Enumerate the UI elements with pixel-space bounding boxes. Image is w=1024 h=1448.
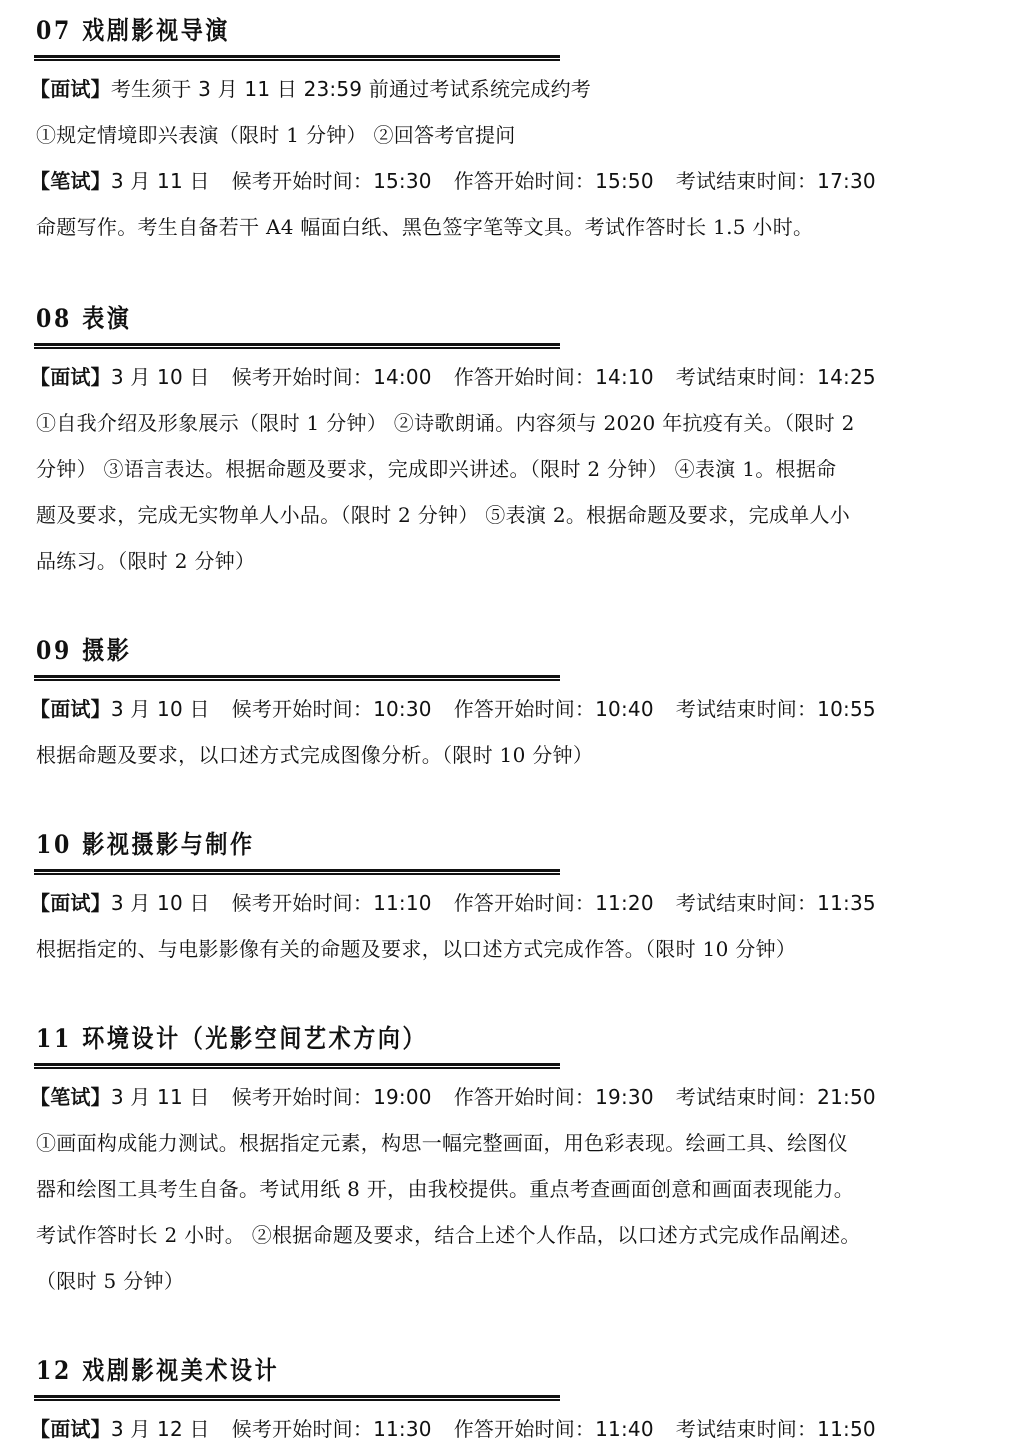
section-12: 12 戏剧影视美术设计 【面试】3 月 12 日候考开始时间：11:30作答开始… xyxy=(36,1354,876,1448)
exam-type-label: 【面试】 xyxy=(30,891,111,915)
end-time: 14:25 xyxy=(817,365,876,389)
exam-content-line: 根据命题及要求，以口述方式完成图像分析。（限时 10 分钟） xyxy=(36,732,876,778)
exam-type-label: 【面试】 xyxy=(30,77,111,101)
wait-time-label: 候考开始时间： xyxy=(232,891,373,915)
heading-double-rule xyxy=(34,1395,560,1401)
section-heading: 12 戏剧影视美术设计 xyxy=(36,1354,775,1388)
wait-time: 14:00 xyxy=(373,365,432,389)
wait-time: 10:30 xyxy=(373,697,432,721)
start-time-label: 作答开始时间： xyxy=(454,1085,595,1109)
heading-double-rule xyxy=(34,343,560,349)
exam-content-line: 分钟） ③语言表达。根据命题及要求，完成即兴讲述。（限时 2 分钟） ④表演 1… xyxy=(36,446,876,492)
schedule-line: 【笔试】3 月 11 日候考开始时间：19:00作答开始时间：19:30考试结束… xyxy=(36,1074,876,1120)
wait-time-label: 候考开始时间： xyxy=(232,697,373,721)
wait-time-label: 候考开始时间： xyxy=(232,169,373,193)
exam-content-line: 命题写作。考生自备若干 A4 幅面白纸、黑色签字笔等文具。考试作答时长 1.5 … xyxy=(36,204,876,250)
end-time-label: 考试结束时间： xyxy=(676,1417,817,1441)
start-time-label: 作答开始时间： xyxy=(454,891,595,915)
schedule-line: 【面试】3 月 10 日候考开始时间：14:00作答开始时间：14:10考试结束… xyxy=(36,354,876,400)
heading-double-rule xyxy=(34,55,560,61)
section-08: 08 表演 【面试】3 月 10 日候考开始时间：14:00作答开始时间：14:… xyxy=(36,302,876,584)
end-time: 17:30 xyxy=(817,169,876,193)
heading-double-rule xyxy=(34,869,560,875)
start-time: 11:20 xyxy=(595,891,654,915)
exam-content-line: ①画面构成能力测试。根据指定元素，构思一幅完整画面，用色彩表现。绘画工具、绘图仪 xyxy=(36,1120,876,1166)
start-time: 10:40 xyxy=(595,697,654,721)
section-10: 10 影视摄影与制作 【面试】3 月 10 日候考开始时间：11:10作答开始时… xyxy=(36,828,876,972)
exam-date: 3 月 10 日 xyxy=(111,365,210,389)
end-time-label: 考试结束时间： xyxy=(676,365,817,389)
section-heading: 10 影视摄影与制作 xyxy=(36,828,775,862)
wait-time: 19:00 xyxy=(373,1085,432,1109)
exam-content-line: ①自我介绍及形象展示（限时 1 分钟） ②诗歌朗诵。内容须与 2020 年抗疫有… xyxy=(36,400,876,446)
exam-content-line: 品练习。（限时 2 分钟） xyxy=(36,538,876,584)
wait-time-label: 候考开始时间： xyxy=(232,1417,373,1441)
wait-time: 11:30 xyxy=(373,1417,432,1441)
exam-type-label: 【面试】 xyxy=(30,697,111,721)
end-time: 10:55 xyxy=(817,697,876,721)
start-time: 15:50 xyxy=(595,169,654,193)
exam-content-line: 器和绘图工具考生自备。考试用纸 8 开，由我校提供。重点考查画面创意和画面表现能… xyxy=(36,1166,876,1212)
exam-type-label: 【面试】 xyxy=(30,365,111,389)
start-time-label: 作答开始时间： xyxy=(454,365,595,389)
section-heading: 11 环境设计（光影空间艺术方向） xyxy=(36,1022,775,1056)
heading-double-rule xyxy=(34,1063,560,1069)
section-07: 07 戏剧影视导演 【面试】考生须于 3 月 11 日 23:59 前通过考试系… xyxy=(36,14,876,250)
schedule-line: 【面试】3 月 10 日候考开始时间：10:30作答开始时间：10:40考试结束… xyxy=(36,686,876,732)
exam-content-line: （限时 5 分钟） xyxy=(36,1258,876,1304)
notice-text: 考生须于 3 月 11 日 23:59 前通过考试系统完成约考 xyxy=(111,77,591,101)
wait-time-label: 候考开始时间： xyxy=(232,1085,373,1109)
start-time: 14:10 xyxy=(595,365,654,389)
wait-time: 11:10 xyxy=(373,891,432,915)
exam-date: 3 月 11 日 xyxy=(111,169,210,193)
end-time-label: 考试结束时间： xyxy=(676,1085,817,1109)
end-time: 21:50 xyxy=(817,1085,876,1109)
heading-double-rule xyxy=(34,675,560,681)
end-time-label: 考试结束时间： xyxy=(676,697,817,721)
exam-type-label: 【面试】 xyxy=(30,1417,111,1441)
end-time-label: 考试结束时间： xyxy=(676,169,817,193)
notice-line: 【面试】考生须于 3 月 11 日 23:59 前通过考试系统完成约考 xyxy=(36,66,876,112)
start-time: 19:30 xyxy=(595,1085,654,1109)
start-time-label: 作答开始时间： xyxy=(454,697,595,721)
start-time: 11:40 xyxy=(595,1417,654,1441)
section-heading: 08 表演 xyxy=(36,302,775,336)
end-time: 11:35 xyxy=(817,891,876,915)
section-11: 11 环境设计（光影空间艺术方向） 【笔试】3 月 11 日候考开始时间：19:… xyxy=(36,1022,876,1304)
exam-type-label: 【笔试】 xyxy=(30,169,111,193)
end-time: 11:50 xyxy=(817,1417,876,1441)
exam-type-label: 【笔试】 xyxy=(30,1085,111,1109)
section-09: 09 摄影 【面试】3 月 10 日候考开始时间：10:30作答开始时间：10:… xyxy=(36,634,876,778)
exam-content-line: 根据指定的、与电影影像有关的命题及要求，以口述方式完成作答。（限时 10 分钟） xyxy=(36,926,876,972)
schedule-line: 【笔试】3 月 11 日候考开始时间：15:30作答开始时间：15:50考试结束… xyxy=(36,158,876,204)
exam-date: 3 月 10 日 xyxy=(111,891,210,915)
exam-content-line: 考试作答时长 2 小时。 ②根据命题及要求，结合上述个人作品，以口述方式完成作品… xyxy=(36,1212,876,1258)
exam-content-line: 题及要求，完成无实物单人小品。（限时 2 分钟） ⑤表演 2。根据命题及要求，完… xyxy=(36,492,876,538)
exam-date: 3 月 12 日 xyxy=(111,1417,210,1441)
schedule-line: 【面试】3 月 10 日候考开始时间：11:10作答开始时间：11:20考试结束… xyxy=(36,880,876,926)
exam-content-line: ①规定情境即兴表演（限时 1 分钟） ②回答考官提问 xyxy=(36,112,876,158)
start-time-label: 作答开始时间： xyxy=(454,1417,595,1441)
schedule-line: 【面试】3 月 12 日候考开始时间：11:30作答开始时间：11:40考试结束… xyxy=(36,1406,876,1448)
wait-time: 15:30 xyxy=(373,169,432,193)
start-time-label: 作答开始时间： xyxy=(454,169,595,193)
exam-date: 3 月 11 日 xyxy=(111,1085,210,1109)
wait-time-label: 候考开始时间： xyxy=(232,365,373,389)
section-heading: 09 摄影 xyxy=(36,634,775,668)
exam-date: 3 月 10 日 xyxy=(111,697,210,721)
section-heading: 07 戏剧影视导演 xyxy=(36,14,775,48)
end-time-label: 考试结束时间： xyxy=(676,891,817,915)
